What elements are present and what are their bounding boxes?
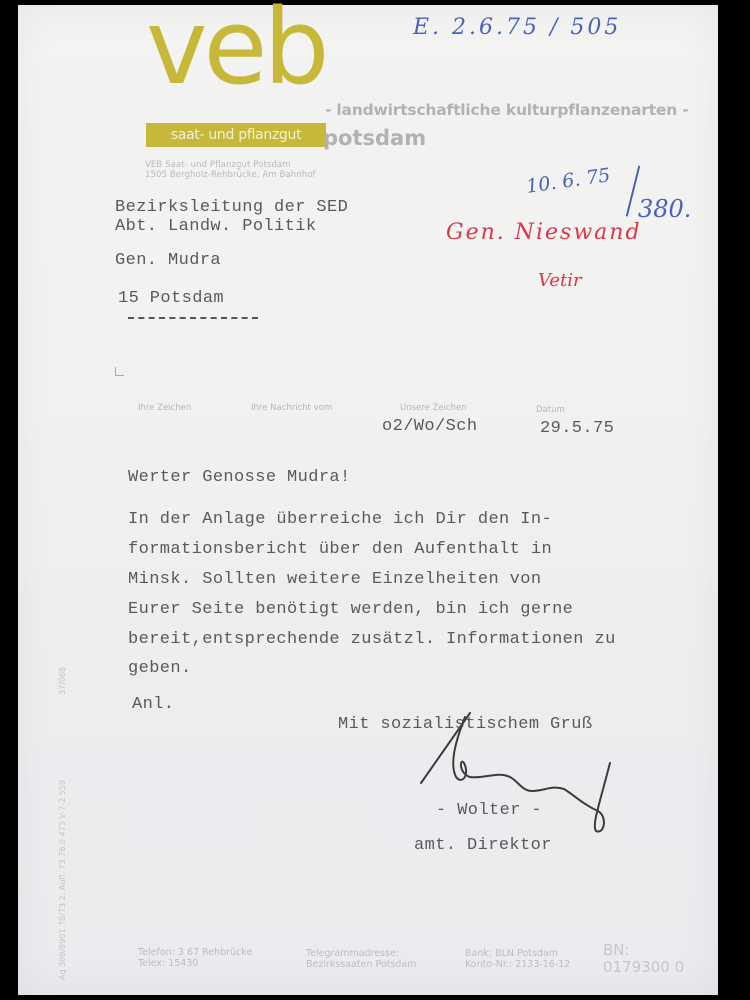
signer-title: amt. Direktor bbox=[414, 836, 552, 855]
footer-telex: Telex: 15430 bbox=[138, 958, 252, 969]
signer-name: - Wolter - bbox=[436, 801, 542, 820]
footer-bank: Bank: BLN Potsdam bbox=[465, 948, 570, 959]
footer-bank-block: Bank: BLN Potsdam Konto-Nr.: 2133-16-12 bbox=[465, 948, 570, 970]
letter-page: veb saat- und pflanzgut - landwirtschaft… bbox=[18, 5, 718, 995]
footer-telefon-block: Telefon: 3 67 Rehbrücke Telex: 15430 bbox=[138, 947, 252, 969]
side-form-code: Ag 309/8901 78/73 2. Aufl. 73 76.0 473 V… bbox=[58, 780, 67, 980]
footer-bn-value: 0179300 0 bbox=[603, 959, 684, 976]
footer-telegramm-label: Telegrammadresse: bbox=[306, 948, 417, 959]
side-number: 37/068 bbox=[58, 667, 67, 695]
footer-telegramm-block: Telegrammadresse: Bezirkssaaten Potsdam bbox=[306, 948, 417, 970]
footer-bn-label: BN: bbox=[603, 942, 684, 959]
signature bbox=[18, 5, 718, 995]
footer-telefon: Telefon: 3 67 Rehbrücke bbox=[138, 947, 252, 958]
footer-telegramm-value: Bezirkssaaten Potsdam bbox=[306, 959, 417, 970]
footer-konto: Konto-Nr.: 2133-16-12 bbox=[465, 959, 570, 970]
footer-bn-block: BN: 0179300 0 bbox=[603, 942, 684, 976]
